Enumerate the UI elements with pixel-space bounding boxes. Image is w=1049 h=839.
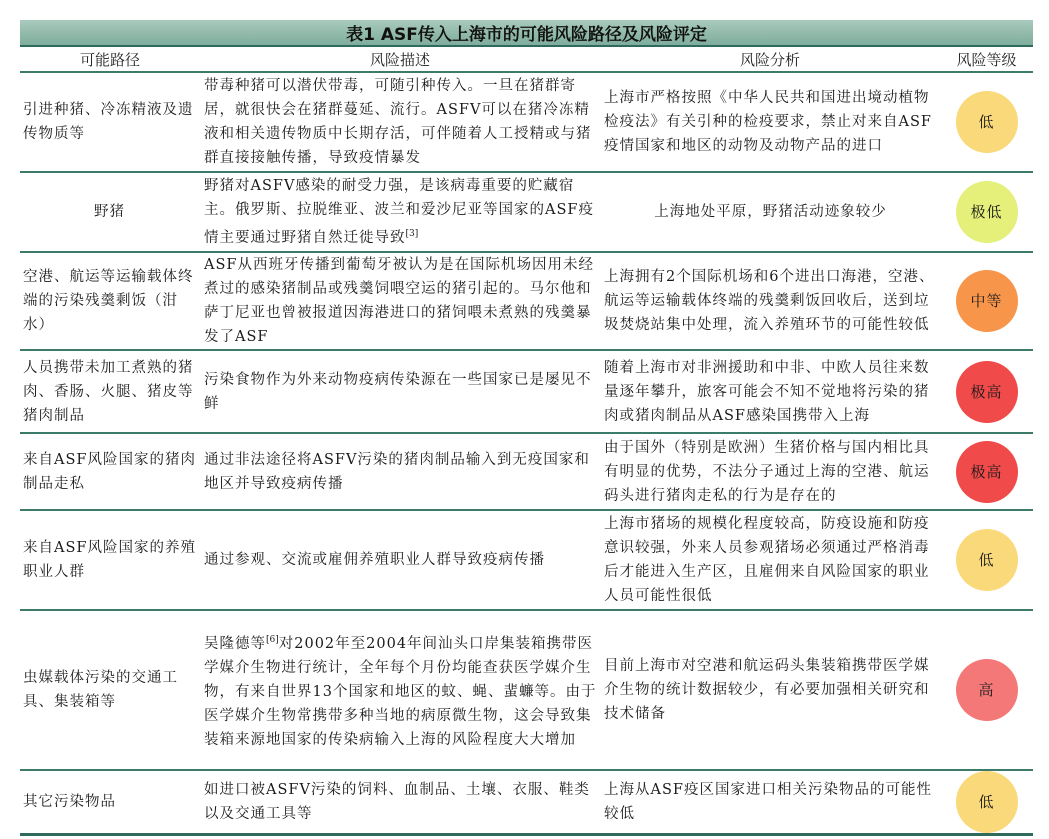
level-cell: 低 <box>940 770 1033 835</box>
citation-ref: [6] <box>266 635 279 645</box>
path-cell: 来自ASF风险国家的养殖职业人群 <box>20 510 200 610</box>
risk-level-badge: 极低 <box>956 181 1018 243</box>
risk-table-container: 表1 ASF传入上海市的可能风险路径及风险评定 可能路径 风险描述 风险分析 风… <box>20 20 1033 836</box>
table-row: 野猪 野猪对ASFV感染的耐受力强，是该病毒重要的贮藏宿主。俄罗斯、拉脱维亚、波… <box>20 172 1033 252</box>
path-cell: 引进种猪、冷冻精液及遗传物质等 <box>20 72 200 172</box>
risk-level-badge: 中等 <box>956 270 1018 332</box>
table-row: 引进种猪、冷冻精液及遗传物质等 带毒种猪可以潜伏带毒，可随引种传入。一旦在猪群寄… <box>20 72 1033 172</box>
header-path: 可能路径 <box>20 47 200 72</box>
description-cell: 通过参观、交流或雇佣养殖职业人群导致疫病传播 <box>200 510 600 610</box>
path-cell: 其它污染物品 <box>20 770 200 835</box>
description-text: 如进口被ASFV污染的饲料、血制品、土壤、衣服、鞋类以及交通工具等 <box>204 782 590 822</box>
description-text: 通过非法途径将ASFV污染的猪肉制品输入到无疫国家和地区并导致疫病传播 <box>204 452 590 492</box>
analysis-cell: 随着上海市对非洲援助和中非、中欧人员往来数量逐年攀升，旅客可能会不知不觉地将污染… <box>600 350 940 433</box>
analysis-cell: 由于国外（特别是欧洲）生猪价格与国内相比具有明显的优势，不法分子通过上海的空港、… <box>600 433 940 510</box>
header-row: 可能路径 风险描述 风险分析 风险等级 <box>20 47 1033 72</box>
header-analysis: 风险分析 <box>600 47 940 72</box>
path-cell: 虫媒载体污染的交通工具、集装箱等 <box>20 610 200 770</box>
description-cell: 通过非法途径将ASFV污染的猪肉制品输入到无疫国家和地区并导致疫病传播 <box>200 433 600 510</box>
analysis-cell: 上海从ASF疫区国家进口相关污染物品的可能性较低 <box>600 770 940 835</box>
header-description: 风险描述 <box>200 47 600 72</box>
level-cell: 低 <box>940 510 1033 610</box>
table-row: 其它污染物品 如进口被ASFV污染的饲料、血制品、土壤、衣服、鞋类以及交通工具等… <box>20 770 1033 835</box>
analysis-cell: 目前上海市对空港和航运码头集装箱携带医学媒介生物的统计数据较少，有必要加强相关研… <box>600 610 940 770</box>
table-row: 虫媒载体污染的交通工具、集装箱等 吴隆德等[6]对2002年至2004年间汕头口… <box>20 610 1033 770</box>
level-cell: 高 <box>940 610 1033 770</box>
level-cell: 低 <box>940 72 1033 172</box>
header-level: 风险等级 <box>940 47 1033 72</box>
level-cell: 极低 <box>940 172 1033 252</box>
table-row: 空港、航运等运输载体终端的污染残羹剩饭（泔水） ASF从西班牙传播到葡萄牙被认为… <box>20 252 1033 350</box>
risk-table: 可能路径 风险描述 风险分析 风险等级 引进种猪、冷冻精液及遗传物质等 带毒种猪… <box>20 47 1033 836</box>
description-cell: 带毒种猪可以潜伏带毒，可随引种传入。一旦在猪群寄居，就很快会在猪群蔓延、流行。A… <box>200 72 600 172</box>
path-cell: 空港、航运等运输载体终端的污染残羹剩饭（泔水） <box>20 252 200 350</box>
table-row: 人员携带未加工煮熟的猪肉、香肠、火腿、猪皮等猪肉制品 污染食物作为外来动物疫病传… <box>20 350 1033 433</box>
description-text: 对2002年至2004年间汕头口岸集装箱携带医学媒介生物进行统计，全年每个月份均… <box>204 636 596 748</box>
citation-ref: [3] <box>406 229 419 239</box>
table-row: 来自ASF风险国家的猪肉制品走私 通过非法途径将ASFV污染的猪肉制品输入到无疫… <box>20 433 1033 510</box>
analysis-cell: 上海市严格按照《中华人民共和国进出境动植物检疫法》有关引种的检疫要求，禁止对来自… <box>600 72 940 172</box>
description-cell: 吴隆德等[6]对2002年至2004年间汕头口岸集装箱携带医学媒介生物进行统计，… <box>200 610 600 770</box>
risk-level-badge: 极高 <box>956 361 1018 423</box>
analysis-cell: 上海拥有2个国际机场和6个进出口海港，空港、航运等运输载体终端的残羹剩饭回收后，… <box>600 252 940 350</box>
description-cell: 如进口被ASFV污染的饲料、血制品、土壤、衣服、鞋类以及交通工具等 <box>200 770 600 835</box>
risk-level-badge: 低 <box>956 771 1018 833</box>
level-cell: 中等 <box>940 252 1033 350</box>
risk-level-badge: 低 <box>956 91 1018 153</box>
description-text: 带毒种猪可以潜伏带毒，可随引种传入。一旦在猪群寄居，就很快会在猪群蔓延、流行。A… <box>204 78 592 166</box>
risk-level-badge: 高 <box>956 659 1018 721</box>
level-cell: 极高 <box>940 350 1033 433</box>
description-text: ASF从西班牙传播到葡萄牙被认为是在国际机场因用未经煮过的感染猪制品或残羹饲喂空… <box>204 257 594 345</box>
level-cell: 极高 <box>940 433 1033 510</box>
description-cell: 野猪对ASFV感染的耐受力强，是该病毒重要的贮藏宿主。俄罗斯、拉脱维亚、波兰和爱… <box>200 172 600 252</box>
path-cell: 来自ASF风险国家的猪肉制品走私 <box>20 433 200 510</box>
risk-level-badge: 极高 <box>956 441 1018 503</box>
risk-level-badge: 低 <box>956 529 1018 591</box>
table-title: 表1 ASF传入上海市的可能风险路径及风险评定 <box>20 20 1033 47</box>
description-text: 通过参观、交流或雇佣养殖职业人群导致疫病传播 <box>204 552 545 568</box>
description-text: 野猪对ASFV感染的耐受力强，是该病毒重要的贮藏宿主。俄罗斯、拉脱维亚、波兰和爱… <box>204 178 594 246</box>
analysis-cell: 上海地处平原，野猪活动迹象较少 <box>600 172 940 252</box>
analysis-cell: 上海市猪场的规模化程度较高，防疫设施和防疫意识较强，外来人员参观猪场必须通过严格… <box>600 510 940 610</box>
description-cell: ASF从西班牙传播到葡萄牙被认为是在国际机场因用未经煮过的感染猪制品或残羹饲喂空… <box>200 252 600 350</box>
description-cell: 污染食物作为外来动物疫病传染源在一些国家已是屡见不鲜 <box>200 350 600 433</box>
description-text: 污染食物作为外来动物疫病传染源在一些国家已是屡见不鲜 <box>204 372 592 412</box>
table-row: 来自ASF风险国家的养殖职业人群 通过参观、交流或雇佣养殖职业人群导致疫病传播 … <box>20 510 1033 610</box>
description-author: 吴隆德等 <box>204 636 266 652</box>
path-cell: 野猪 <box>20 172 200 252</box>
path-cell: 人员携带未加工煮熟的猪肉、香肠、火腿、猪皮等猪肉制品 <box>20 350 200 433</box>
